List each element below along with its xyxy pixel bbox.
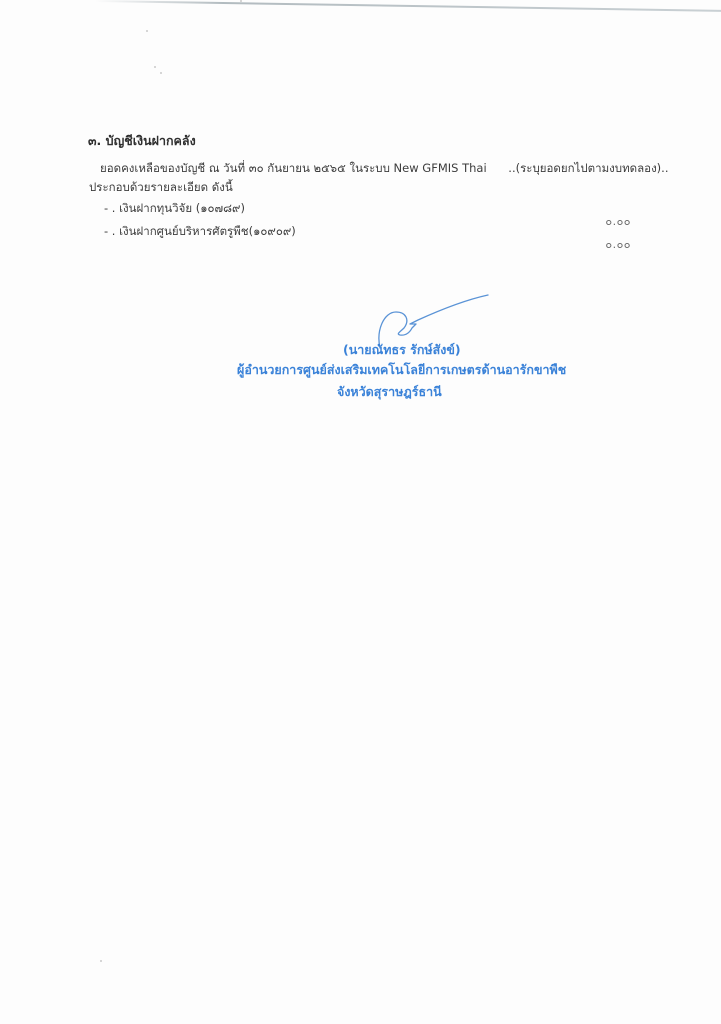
section-number: ๓. [88, 133, 101, 148]
account-item-research-fund-amount: ๐.๐๐ [605, 212, 631, 230]
scan-speck [100, 960, 102, 962]
signature-block: (นายณัทธร รักษ์สังข์) ผู้อำนวยการศูนย์ส่… [230, 290, 610, 410]
section-title: บัญชีเงินฝากคลัง [106, 133, 196, 148]
account-item-pest-management-center: - . เงินฝากศูนย์บริหารศัตรูพืช(๑๐๙๐๙) [104, 223, 296, 241]
scan-edge-artifact [95, 0, 721, 12]
details-intro: ประกอบด้วยรายละเอียด ดังนี้ [89, 179, 233, 197]
scan-speck [240, 0, 242, 2]
signatory-name: (นายณัทธร รักษ์สังข์) [343, 340, 461, 360]
signatory-province: จังหวัดสุราษฎร์ธานี [337, 382, 442, 402]
scan-speck [160, 72, 162, 74]
scan-speck [154, 66, 156, 68]
balance-note: ..(ระบุยอดยกไปตามงบทดลอง).. [508, 161, 668, 175]
section-heading: ๓. บัญชีเงินฝากคลัง [88, 131, 196, 151]
signatory-title: ผู้อำนวยการศูนย์ส่งเสริมเทคโนโลยีการเกษต… [237, 360, 566, 380]
scanned-document-page: ๓. บัญชีเงินฝากคลัง ยอดคงเหลือของบัญชี ณ… [0, 0, 721, 1024]
balance-statement: ยอดคงเหลือของบัญชี ณ วันที่ ๓๐ กันยายน ๒… [100, 160, 668, 178]
account-item-research-fund: - . เงินฝากทุนวิจัย (๑๐๗๘๙) [104, 200, 245, 218]
scan-speck [146, 30, 148, 32]
account-item-pest-management-center-amount: ๐.๐๐ [605, 235, 631, 253]
balance-text: ยอดคงเหลือของบัญชี ณ วันที่ ๓๐ กันยายน ๒… [100, 161, 487, 175]
